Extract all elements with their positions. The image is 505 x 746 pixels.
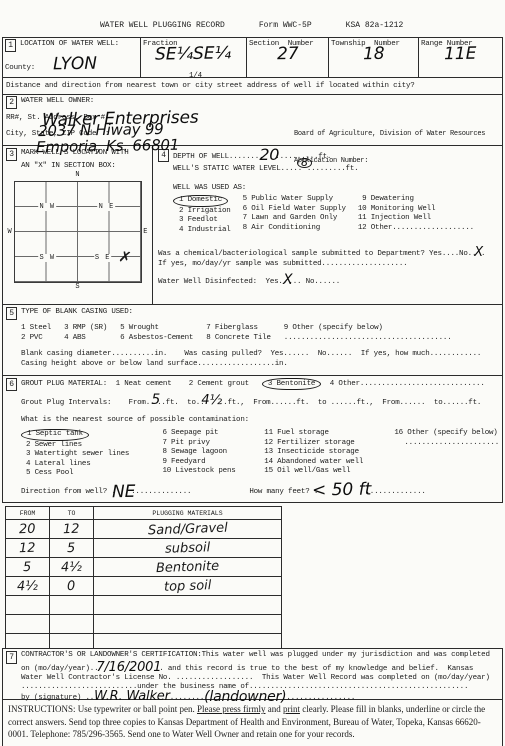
- sample-question-line: Was a chemical/bacteriological sample su…: [158, 248, 497, 259]
- contam-option: 6 Seepage pit: [162, 429, 264, 439]
- quadrant-ne-label: N E: [98, 203, 116, 211]
- section-6-number: 6: [6, 378, 17, 391]
- contam-option: 15 Oil well/Gas well: [264, 467, 394, 477]
- quadrant-se-label: S E: [94, 254, 112, 262]
- form-header: WATER WELL PLUGGING RECORD Form WWC-5P K…: [2, 0, 503, 37]
- contam-option: 8 Sewage lagoon: [162, 448, 264, 458]
- well-used-as-options: 1 Domestic 2 Irrigation 3 Feedlot 4 Indu…: [158, 195, 497, 235]
- form-number: Form WWC-5P: [259, 21, 312, 30]
- section-5-title-line: 5TYPE OF BLANK CASING USED:: [6, 307, 499, 320]
- contam-option: 13 Insecticide storage: [264, 448, 394, 458]
- quadrant-nw-label: N W: [38, 203, 56, 211]
- grout-material-line: 6GROUT PLUG MATERIAL: 1 Neat cement 2 Ce…: [6, 378, 499, 391]
- direction-from-well-label: Direction from well? .: [21, 487, 116, 497]
- direction-distance-line: Direction from well? .NE.............. H…: [6, 483, 499, 497]
- table-row: 20 12 Sand/Gravel: [6, 520, 282, 539]
- section-3-location-map: 3MARK WELL'S LOCATION WITH AN "X" IN SEC…: [3, 146, 153, 304]
- table-row: 4½ 0 top soil: [6, 577, 282, 596]
- county-value: LYON: [53, 57, 97, 72]
- section-1-location: 1LOCATION OF WATER WELL: County: LYON Fr…: [2, 37, 503, 95]
- used-as-option: 10 Monitoring Well: [358, 205, 474, 215]
- used-as-option: 11 Injection Well: [358, 214, 474, 224]
- used-as-option: 9 Dewatering: [358, 195, 474, 205]
- disinfected-answer-x: X: [283, 277, 292, 284]
- static-water-level-value: 8: [297, 158, 312, 168]
- col-header-from: FROM: [6, 507, 50, 520]
- section-box-grid: N W N E S W S E W E ✗: [14, 181, 142, 283]
- contam-septic-tank-circled: 1 Septic tank: [21, 429, 89, 441]
- owner-line: 2WATER WELL OWNER: Walker Enterprises: [6, 96, 499, 113]
- grout-option: 1 Neat cement: [116, 380, 172, 388]
- certification-line-2: on (mo/day/year)..7/16/2001. and this re…: [6, 664, 499, 674]
- section-2-number: 2: [6, 96, 17, 109]
- plugging-materials-table: FROM TO PLUGGING MATERIALS 20 12 Sand/Gr…: [5, 506, 282, 653]
- township-number-value: 18: [363, 47, 385, 61]
- section-7-number: 7: [6, 651, 17, 664]
- quadrant-sw-label: S W: [38, 254, 56, 262]
- fraction-value: SE¼SE¼: [155, 46, 231, 61]
- casing-option: 8 Concrete Tile: [206, 334, 271, 344]
- range-number-cell: Range Number 11E: [419, 38, 502, 77]
- well-location-x-mark: ✗: [118, 247, 134, 267]
- feet-value: < 50 ft: [312, 482, 372, 497]
- sample-if-yes-line: If yes, mo/day/yr sample was submitted..…: [158, 259, 497, 269]
- used-as-option: 6 Oil Field Water Supply: [243, 205, 346, 215]
- used-as-option: 4 Industrial: [173, 226, 231, 236]
- disinfected-line: Water Well Disinfected: Yes..X... No....…: [158, 276, 497, 287]
- form-title: WATER WELL PLUGGING RECORD: [100, 21, 225, 30]
- compass-south-label: S: [6, 283, 149, 292]
- location-fields-row: 1LOCATION OF WATER WELL: County: LYON Fr…: [3, 38, 502, 78]
- section-number-value: 27: [277, 47, 299, 61]
- table-header-row: FROM TO PLUGGING MATERIALS: [6, 507, 282, 520]
- water-well-plugging-record-form: WATER WELL PLUGGING RECORD Form WWC-5P K…: [0, 0, 505, 746]
- casing-options: 1 Steel 2 PVC 3 RMP (SR) 4 ABS 5 Wrought…: [6, 324, 499, 343]
- interval-from-value: 5: [151, 397, 160, 404]
- compass-north-label: N: [6, 171, 149, 180]
- distance-question: Distance and direction from nearest town…: [3, 78, 502, 94]
- casing-option-other-blank: .......................................: [284, 334, 452, 344]
- grout-option-bentonite-circled: 3 Bentonite: [262, 378, 321, 390]
- casing-option: 4 ABS: [64, 334, 107, 344]
- certification-line-1: 7CONTRACTOR'S OR LANDOWNER'S CERTIFICATI…: [6, 651, 499, 664]
- contam-option: 7 Pit privy: [162, 439, 264, 449]
- contam-option-other: 16 Other (specify below): [394, 429, 499, 439]
- casing-option: 7 Fiberglass: [206, 324, 271, 334]
- section-1-number: 1: [5, 39, 16, 52]
- used-as-option: 12 Other...................: [358, 224, 474, 234]
- direction-value: NE: [112, 484, 136, 498]
- range-number-value: 11E: [444, 47, 477, 62]
- compass-west-label: W: [8, 228, 12, 236]
- casing-diameter-line: Blank casing diameter..........in. Was c…: [6, 349, 499, 359]
- grout-option: 4 Other.............................: [330, 380, 485, 388]
- completed-date-value: 7/16/2001: [96, 665, 161, 671]
- owner-label: WATER WELL OWNER:: [21, 97, 94, 105]
- section-2-owner: 2WATER WELL OWNER: Walker Enterprises RR…: [2, 94, 503, 146]
- contam-option: 3 Watertight sewer lines: [21, 450, 162, 460]
- casing-option: 6 Asbestos-Cement: [120, 334, 193, 344]
- form-statute: KSA 82a-1212: [346, 21, 404, 30]
- how-many-feet-label: How many feet? .: [249, 487, 318, 497]
- certification-line-3: Water Well Contractor's License No. ....…: [6, 674, 499, 683]
- contamination-options: 1 Septic tank 2 Sewer lines 3 Watertight…: [6, 429, 499, 479]
- table-row-empty: [6, 615, 282, 634]
- county-cell: 1LOCATION OF WATER WELL: County: LYON: [3, 38, 141, 77]
- section-7-certification: 7CONTRACTOR'S OR LANDOWNER'S CERTIFICATI…: [2, 648, 503, 700]
- table-row: 5 4½ Bentonite: [6, 558, 282, 577]
- county-label: County:: [5, 64, 35, 72]
- table-row: 12 5 subsoil: [6, 539, 282, 558]
- col-header-to: TO: [50, 507, 94, 520]
- contam-option: 12 Fertilizer storage: [264, 439, 394, 449]
- used-as-option: 7 Lawn and Garden Only: [243, 214, 346, 224]
- signature-value: W.R. Walker: [94, 694, 170, 700]
- board-label: Board of Agriculture, Division of Water …: [294, 130, 500, 139]
- section-6-grout: 6GROUT PLUG MATERIAL: 1 Neat cement 2 Ce…: [2, 375, 503, 503]
- casing-option: 2 PVC: [21, 334, 51, 344]
- col-header-materials: PLUGGING MATERIALS: [94, 507, 282, 520]
- used-as-option: 3 Feedlot: [173, 216, 231, 226]
- contam-option: 14 Abandoned water well: [264, 458, 394, 468]
- used-as-domestic-circled: 1 Domestic: [173, 195, 228, 207]
- sample-answer-x: X: [474, 249, 483, 256]
- compass-east-label: E: [143, 228, 147, 236]
- contam-option: 4 Lateral lines: [21, 460, 162, 470]
- instructions-block: INSTRUCTIONS: Use typewriter or ball poi…: [2, 699, 503, 746]
- agency-block: Board of Agriculture, Division of Water …: [294, 112, 500, 184]
- contamination-label: What is the nearest source of possible c…: [6, 415, 499, 425]
- instructions-text: INSTRUCTIONS: Use typewriter or ball poi…: [8, 704, 197, 714]
- fraction-cell: Fraction SE¼SE¼ 1/4: [141, 38, 247, 77]
- casing-option: 1 Steel: [21, 324, 51, 334]
- well-used-as-label: WELL WAS USED AS:: [158, 183, 497, 193]
- depth-value: 20: [259, 151, 279, 159]
- address-value: 2037 N Hiway 99: [38, 123, 164, 137]
- section-5-casing: 5TYPE OF BLANK CASING USED: 1 Steel 2 PV…: [2, 304, 503, 376]
- contam-option: 10 Livestock pens: [162, 467, 264, 477]
- township-number-cell: Township Number 18: [329, 38, 419, 77]
- contam-option: 5 Cess Pool: [21, 469, 162, 479]
- contam-option: 2 Sewer lines: [21, 441, 162, 451]
- application-number-label: Application Number:: [294, 157, 500, 166]
- instructions-underlined-print: print: [283, 704, 300, 714]
- city-value: Emporia, Ks. 66801: [36, 139, 179, 153]
- interval-to-value: 4½: [201, 397, 221, 404]
- used-as-option: 8 Air Conditioning: [243, 224, 346, 234]
- instructions-underlined-press-firmly: Please press firmly: [197, 704, 265, 714]
- table-row-empty: [6, 596, 282, 615]
- contam-option: 11 Fuel storage: [264, 429, 394, 439]
- section-5-number: 5: [6, 307, 17, 320]
- section-1-title: 1LOCATION OF WATER WELL:: [5, 39, 138, 52]
- casing-option-other: 9 Other (specify below): [284, 324, 452, 334]
- grout-intervals-line: Grout Plug Intervals: From..5..ft. to..4…: [6, 397, 499, 408]
- contam-option: 9 Feedyard: [162, 458, 264, 468]
- contam-option-other-blank: ......................: [394, 439, 499, 449]
- used-as-option: 5 Public Water Supply: [243, 195, 346, 205]
- grout-option: 2 Cement grout: [189, 380, 249, 388]
- used-as-option: 2 Irrigation: [173, 207, 231, 217]
- casing-option: 5 Wrought: [120, 324, 193, 334]
- section-number-cell: Section Number 27: [247, 38, 329, 77]
- plugging-materials-area: FROM TO PLUGGING MATERIALS 20 12 Sand/Gr…: [2, 503, 503, 648]
- casing-option: 3 RMP (SR): [64, 324, 107, 334]
- casing-height-line: Casing height above or below land surfac…: [6, 359, 499, 369]
- signature-landowner-note: (landowner): [204, 694, 286, 700]
